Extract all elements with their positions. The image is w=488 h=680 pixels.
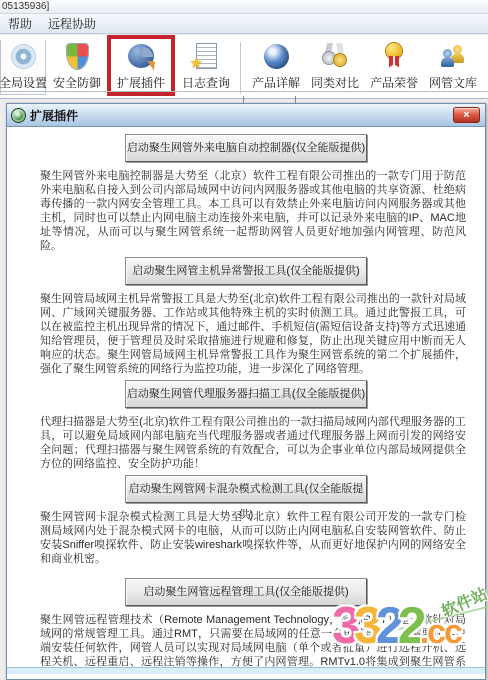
extension-plugins-dialog: 扩展插件 × 启动聚生网管外来电脑自动控制器(仅全能版提供) 聚生网管外来电脑控… (6, 103, 486, 680)
background-panel-tick (243, 96, 244, 103)
toolbar-label: 产品详解 (252, 74, 300, 91)
window-title: 05135936] (2, 1, 49, 12)
toolbar-item-product-honors[interactable]: 产品荣誉 (366, 40, 422, 91)
remote-management-tool-description: 聚生网管远程管理技术（Remote Management Technology，… (40, 613, 466, 674)
dialog-body: 启动聚生网管外来电脑自动控制器(仅全能版提供) 聚生网管外来电脑控制器是大势至（… (7, 127, 485, 674)
toolbar-separator (240, 42, 241, 94)
host-alarm-tool-description: 聚生网管局域网主机异常警报工具是大势至(北京)软件工程有限公司推出的一款针对局域… (40, 292, 466, 376)
plugin-icon (128, 40, 154, 72)
toolbar-item-netadmin-library[interactable]: 网管文库 (425, 40, 481, 91)
toolbar-item-extension-plugins[interactable]: 扩展插件 (112, 40, 170, 91)
window-titlebar: 05135936] (0, 0, 488, 14)
toolbar-label: 产品荣誉 (370, 74, 418, 91)
menu-item-remote-assist[interactable]: 远程协助 (48, 15, 96, 32)
toolbar-label: 网管文库 (429, 74, 477, 91)
launch-proxy-scanner-button[interactable]: 启动聚生网管代理服务器扫描工具(仅全能版提供) (125, 380, 367, 408)
medals-icon (321, 40, 349, 72)
promiscuous-mode-detector-description: 聚生网管网卡混杂模式检测工具是大势至（北京）软件工程有限公司开发的一款专门检测局… (40, 510, 466, 566)
log-star-icon (196, 40, 217, 72)
dialog-title: 扩展插件 (30, 107, 78, 124)
launch-host-alarm-tool-button[interactable]: 启动聚生网管主机异常警报工具(仅全能版提供) (125, 257, 367, 285)
award-ribbon-icon (383, 40, 405, 72)
toolbar-label: 安全防御 (53, 74, 101, 91)
globe-icon (264, 40, 289, 72)
proxy-scanner-description: 代理扫描器是大势至(北京)软件工程有限公司推出的一款扫描局域网内部代理服务器的工… (40, 415, 466, 471)
background-panel-tick (295, 96, 296, 103)
background-panel-line (0, 91, 488, 92)
menu-item-help[interactable]: 帮助 (8, 15, 32, 32)
app-window: 05135936] 帮助 远程协助 全局设置 安全防御 扩展插件 日志查询 产品… (0, 0, 488, 680)
gear-icon (12, 40, 35, 72)
launch-outside-pc-controller-button[interactable]: 启动聚生网管外来电脑自动控制器(仅全能版提供) (125, 134, 367, 162)
toolbar-item-security-defense[interactable]: 安全防御 (49, 40, 105, 91)
toolbar-item-product-details[interactable]: 产品详解 (248, 40, 304, 91)
dialog-footer-strip (7, 667, 485, 674)
people-icon (439, 40, 467, 72)
launch-promiscuous-mode-detector-button[interactable]: 启动聚生网管网卡混杂模式检测工具(仅全能版提供) (125, 475, 367, 503)
dialog-green-disc-icon (12, 109, 25, 122)
toolbar-item-global-settings[interactable]: 全局设置 (0, 40, 46, 95)
shield-icon (67, 40, 88, 72)
close-button[interactable]: × (453, 107, 480, 123)
outside-pc-controller-description: 聚生网管外来电脑控制器是大势至（北京）软件工程有限公司推出的一款专门用于防范外来… (40, 169, 466, 253)
menubar: 帮助 远程协助 (0, 14, 488, 34)
toolbar-item-log-query[interactable]: 日志查询 (178, 40, 234, 91)
toolbar-item-peer-comparison[interactable]: 同类对比 (307, 40, 363, 91)
dialog-titlebar[interactable]: 扩展插件 × (7, 104, 485, 127)
toolbar-label: 同类对比 (311, 74, 359, 91)
toolbar-label: 日志查询 (182, 74, 230, 91)
toolbar-label: 扩展插件 (117, 74, 165, 91)
toolbar: 全局设置 安全防御 扩展插件 日志查询 产品详解 同类对比 产品荣誉 (0, 35, 488, 99)
launch-remote-management-tool-button[interactable]: 启动聚生网管远程管理工具(仅全能版提供) (125, 578, 367, 606)
toolbar-label: 全局设置 (0, 74, 47, 91)
